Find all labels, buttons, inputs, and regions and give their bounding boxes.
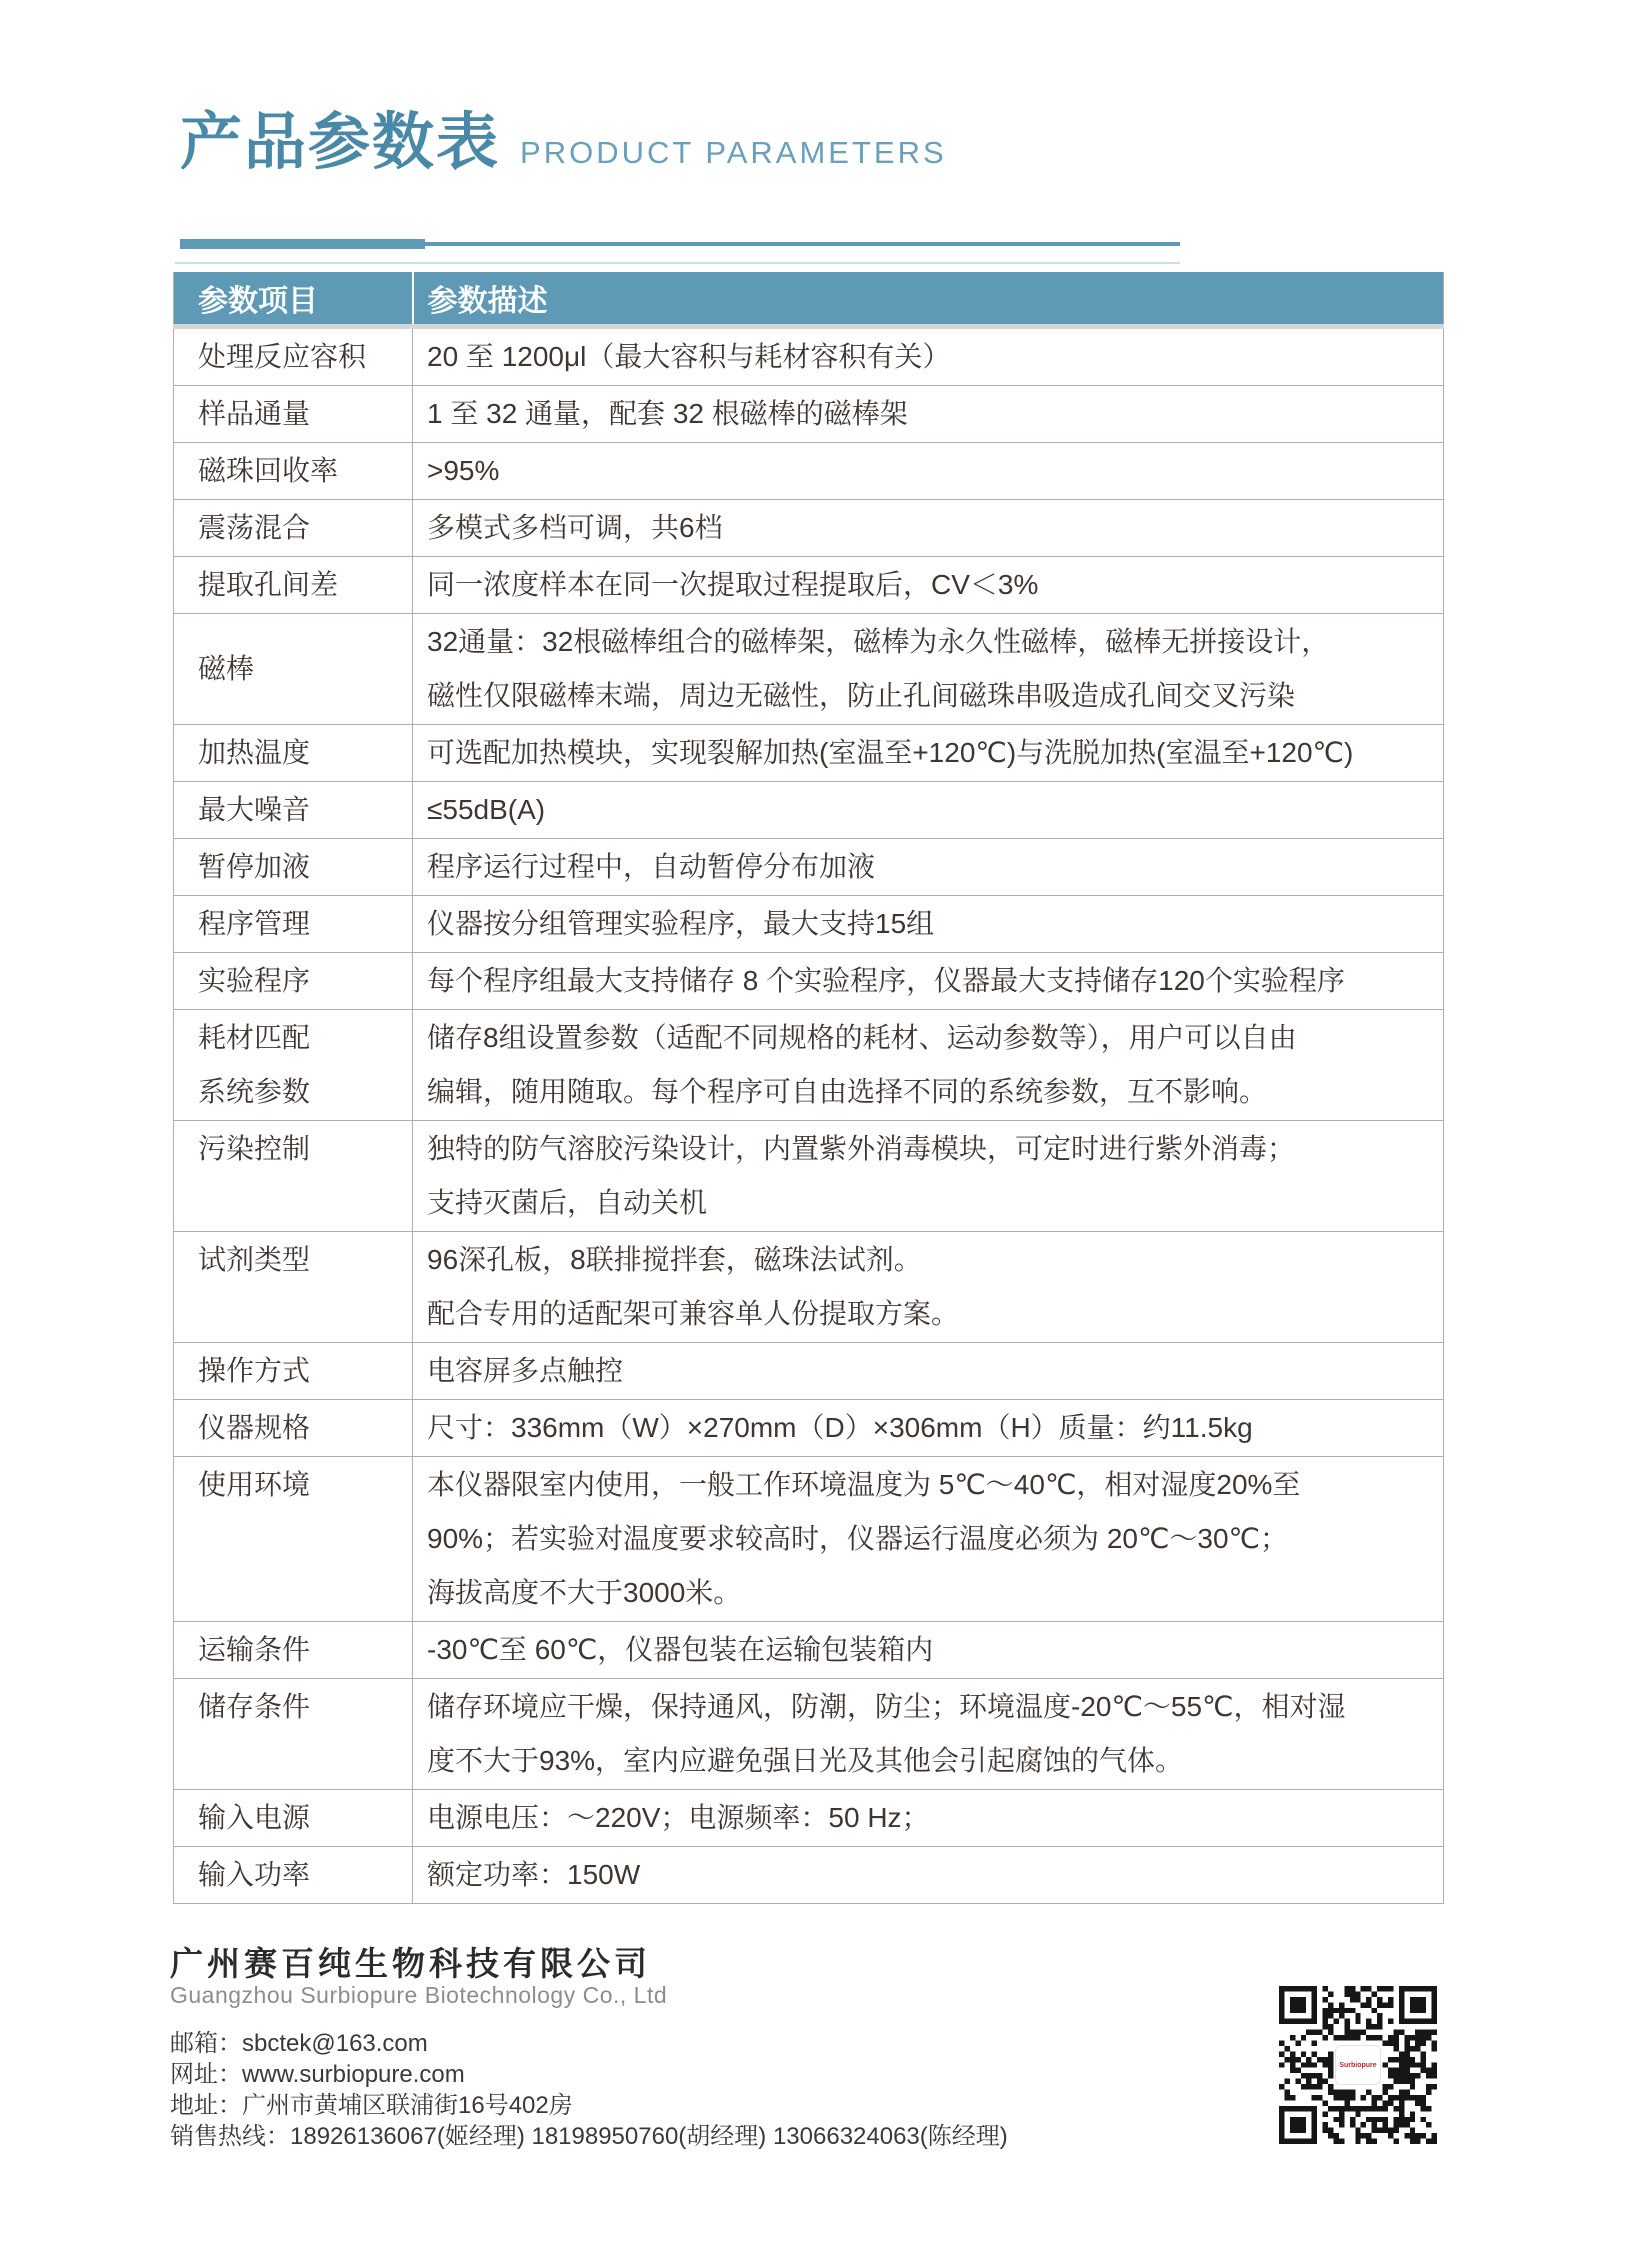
param-name-cell: 污染控制 <box>174 1121 413 1232</box>
param-name-cell: 提取孔间差 <box>174 557 413 614</box>
param-value-cell: 程序运行过程中，自动暂停分布加液 <box>413 839 1444 896</box>
param-value-cell: 仪器按分组管理实验程序，最大支持15组 <box>413 896 1444 953</box>
param-name-cell: 耗材匹配 系统参数 <box>174 1010 413 1121</box>
param-value-cell: 每个程序组最大支持储存 8 个实验程序，仪器最大支持储存120个实验程序 <box>413 953 1444 1010</box>
table-row: 磁棒 32通量：32根磁棒组合的磁棒架，磁棒为永久性磁棒，磁棒无拼接设计， 磁性… <box>174 614 1444 725</box>
param-name-cell: 程序管理 <box>174 896 413 953</box>
param-name-cell: 样品通量 <box>174 386 413 443</box>
table-row: 输入电源 电源电压：～220V；电源频率：50 Hz； <box>174 1790 1444 1847</box>
param-value-cell: -30℃至 60℃，仪器包装在运输包装箱内 <box>413 1622 1444 1679</box>
table-row: 样品通量 1 至 32 通量，配套 32 根磁棒的磁棒架 <box>174 386 1444 443</box>
column-header-param-desc: 参数描述 <box>413 272 1444 327</box>
contact-website-line: 网址：www.surbiopure.com <box>170 2059 1008 2090</box>
param-name-cell: 储存条件 <box>174 1679 413 1790</box>
table-row: 耗材匹配 系统参数 储存8组设置参数（适配不同规格的耗材、运动参数等），用户可以… <box>174 1010 1444 1121</box>
param-value-cell: 本仪器限室内使用，一般工作环境温度为 5℃～40℃，相对湿度20%至 90%；若… <box>413 1457 1444 1622</box>
table-row: 最大噪音 ≤55dB(A) <box>174 782 1444 839</box>
table-body: 处理反应容积 20 至 1200μl（最大容积与耗材容积有关） 样品通量 1 至… <box>174 327 1444 1904</box>
param-name-cell: 磁珠回收率 <box>174 443 413 500</box>
table-row: 污染控制 独特的防气溶胶污染设计，内置紫外消毒模块，可定时进行紫外消毒； 支持灭… <box>174 1121 1444 1232</box>
table-row: 使用环境 本仪器限室内使用，一般工作环境温度为 5℃～40℃，相对湿度20%至 … <box>174 1457 1444 1622</box>
qr-center-logo: Surbiopure <box>1335 2045 1381 2085</box>
param-value-cell: ≤55dB(A) <box>413 782 1444 839</box>
param-name-cell: 处理反应容积 <box>174 327 413 386</box>
page: 产品参数表 PRODUCT PARAMETERS 参数项目 参数描述 处理反应容… <box>0 0 1652 2244</box>
param-value-cell: 32通量：32根磁棒组合的磁棒架，磁棒为永久性磁棒，磁棒无拼接设计， 磁性仅限磁… <box>413 614 1444 725</box>
param-name-cell: 仪器规格 <box>174 1400 413 1457</box>
table-row: 震荡混合 多模式多档可调，共6档 <box>174 500 1444 557</box>
contact-block: 邮箱：sbctek@163.com 网址：www.surbiopure.com … <box>170 2028 1008 2152</box>
param-value-cell: 同一浓度样本在同一次提取过程提取后，CV＜3% <box>413 557 1444 614</box>
table-row: 程序管理 仪器按分组管理实验程序，最大支持15组 <box>174 896 1444 953</box>
qr-code: Surbiopure <box>1279 1986 1437 2144</box>
param-value-cell: 额定功率：150W <box>413 1847 1444 1904</box>
param-value-cell: 1 至 32 通量，配套 32 根磁棒的磁棒架 <box>413 386 1444 443</box>
param-name-cell: 输入电源 <box>174 1790 413 1847</box>
table-row: 运输条件 -30℃至 60℃，仪器包装在运输包装箱内 <box>174 1622 1444 1679</box>
table-row: 加热温度 可选配加热模块，实现裂解加热(室温至+120℃)与洗脱加热(室温至+1… <box>174 725 1444 782</box>
param-value-cell: 20 至 1200μl（最大容积与耗材容积有关） <box>413 327 1444 386</box>
param-value-cell: 储存环境应干燥，保持通风，防潮，防尘；环境温度-20℃～55℃，相对湿 度不大于… <box>413 1679 1444 1790</box>
table-row: 提取孔间差 同一浓度样本在同一次提取过程提取后，CV＜3% <box>174 557 1444 614</box>
param-value-cell: 多模式多档可调，共6档 <box>413 500 1444 557</box>
param-name-cell: 操作方式 <box>174 1343 413 1400</box>
param-value-cell: 独特的防气溶胶污染设计，内置紫外消毒模块，可定时进行紫外消毒； 支持灭菌后，自动… <box>413 1121 1444 1232</box>
parameters-table: 参数项目 参数描述 处理反应容积 20 至 1200μl（最大容积与耗材容积有关… <box>173 272 1444 1904</box>
table-row: 试剂类型 96深孔板，8联排搅拌套，磁珠法试剂。 配合专用的适配架可兼容单人份提… <box>174 1232 1444 1343</box>
column-header-param-name: 参数项目 <box>174 272 413 327</box>
contact-address-line: 地址：广州市黄埔区联浦街16号402房 <box>170 2090 1008 2121</box>
param-name-cell: 磁棒 <box>174 614 413 725</box>
param-value-cell: 可选配加热模块，实现裂解加热(室温至+120℃)与洗脱加热(室温至+120℃) <box>413 725 1444 782</box>
param-value-cell: >95% <box>413 443 1444 500</box>
param-name-cell: 最大噪音 <box>174 782 413 839</box>
contact-hotline-line: 销售热线：18926136067(姬经理) 18198950760(胡经理) 1… <box>170 2121 1008 2152</box>
param-name-cell: 输入功率 <box>174 1847 413 1904</box>
table-row: 实验程序 每个程序组最大支持储存 8 个实验程序，仪器最大支持储存120个实验程… <box>174 953 1444 1010</box>
company-name-cn: 广州赛百纯生物科技有限公司 <box>170 1938 651 1985</box>
param-name-cell: 运输条件 <box>174 1622 413 1679</box>
param-value-cell: 电容屏多点触控 <box>413 1343 1444 1400</box>
contact-email-line: 邮箱：sbctek@163.com <box>170 2028 1008 2059</box>
param-value-cell: 尺寸：336mm（W）×270mm（D）×306mm（H）质量：约11.5kg <box>413 1400 1444 1457</box>
page-subtitle: PRODUCT PARAMETERS <box>520 137 947 168</box>
table-row: 暂停加液 程序运行过程中，自动暂停分布加液 <box>174 839 1444 896</box>
table-row: 处理反应容积 20 至 1200μl（最大容积与耗材容积有关） <box>174 327 1444 386</box>
underline-thin-segment <box>425 242 1180 246</box>
table-row: 储存条件 储存环境应干燥，保持通风，防潮，防尘；环境温度-20℃～55℃，相对湿… <box>174 1679 1444 1790</box>
param-name-cell: 暂停加液 <box>174 839 413 896</box>
param-name-cell: 震荡混合 <box>174 500 413 557</box>
table-row: 仪器规格 尺寸：336mm（W）×270mm（D）×306mm（H）质量：约11… <box>174 1400 1444 1457</box>
param-name-cell: 加热温度 <box>174 725 413 782</box>
table-row: 操作方式 电容屏多点触控 <box>174 1343 1444 1400</box>
param-name-cell: 实验程序 <box>174 953 413 1010</box>
table-row: 磁珠回收率 >95% <box>174 443 1444 500</box>
page-title: 产品参数表 <box>180 112 500 174</box>
param-value-cell: 96深孔板，8联排搅拌套，磁珠法试剂。 配合专用的适配架可兼容单人份提取方案。 <box>413 1232 1444 1343</box>
param-name-cell: 使用环境 <box>174 1457 413 1622</box>
table-header-row: 参数项目 参数描述 <box>174 272 1444 327</box>
table-row: 输入功率 额定功率：150W <box>174 1847 1444 1904</box>
title-underline <box>180 239 1180 249</box>
page-header: 产品参数表 PRODUCT PARAMETERS <box>180 112 947 174</box>
company-name-en: Guangzhou Surbiopure Biotechnology Co., … <box>170 1982 667 2009</box>
param-value-cell: 储存8组设置参数（适配不同规格的耗材、运动参数等），用户可以自由 编辑，随用随取… <box>413 1010 1444 1121</box>
param-value-cell: 电源电压：～220V；电源频率：50 Hz； <box>413 1790 1444 1847</box>
param-name-cell: 试剂类型 <box>174 1232 413 1343</box>
underline-thick-segment <box>180 239 425 249</box>
title-divider-line <box>175 262 1180 264</box>
